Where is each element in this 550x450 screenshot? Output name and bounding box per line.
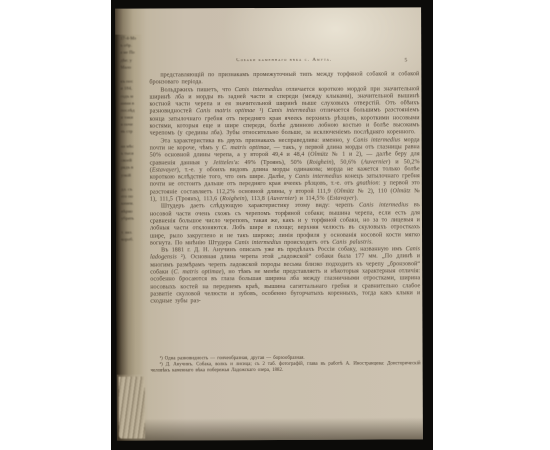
left-page-text-fragment: на мѣс	[116, 142, 143, 149]
body-text: представляющій по признакамъ промежуточн…	[149, 71, 420, 306]
stacked-page-edges	[119, 377, 145, 439]
left-page-text-fragment: Мало	[115, 63, 142, 70]
left-page-text-fragment: короб.	[116, 236, 143, 243]
paragraph: Въ 1881 г. Д. Н. Анучинъ описалъ уже въ …	[150, 246, 420, 306]
left-page-sliver: 17-4-Мзъ обр.а не Подѣе; уМало къ поси 1…	[115, 35, 143, 375]
page-content: Собаки каменнаго вѣка с. Амута. 5 предст…	[149, 7, 421, 440]
left-page-text-fragment: 17-4-Мз	[115, 35, 142, 42]
screenshot-root: 17-4-Мзъ обр.а не Подѣе; уМало къ поси 1…	[0, 0, 550, 450]
running-header: Собаки каменнаго вѣка с. Амута. 5	[149, 57, 419, 68]
book-photo: 17-4-Мзъ обр.а не Подѣе; уМало къ поси 1…	[111, 0, 433, 450]
left-page-text-fragment: убрать	[116, 214, 143, 221]
left-page-text-fragment: т. наз.	[116, 229, 143, 236]
left-page-text-fragment	[116, 221, 143, 228]
left-page-text-fragment: ними в	[115, 99, 142, 106]
left-page-text-fragment: послѣд	[115, 106, 142, 113]
left-page-text-fragment: узкій	[116, 171, 143, 178]
left-page-text-fragment: и таки	[116, 114, 143, 121]
book-page: 17-4-Мзъ обр.а не Подѣе; уМало къ поси 1…	[115, 7, 423, 440]
footnotes: ¹) Одна разновидность — гончеобразная, д…	[151, 355, 421, 374]
paragraph: Штудеръ даетъ слѣдующую характеристику э…	[150, 203, 420, 248]
paragraph: Эта характеристика въ двухъ признакахъ н…	[150, 137, 420, 204]
left-page-text-fragment	[116, 178, 143, 185]
left-page-text-fragment: годъ м	[115, 92, 142, 99]
left-page-text-fragment: я поче	[116, 121, 143, 128]
left-page-text-fragment: его по	[116, 193, 143, 200]
page-number: 5	[405, 57, 408, 63]
left-page-text-fragment: ъ обр.	[115, 42, 142, 49]
left-page-text-fragment	[116, 135, 143, 142]
left-page-text-fragment	[115, 70, 142, 77]
left-page-text-fragment: ъ тыся	[116, 150, 143, 157]
left-page-text-fragment: въ стр	[116, 128, 143, 135]
left-page-text-fragment: а не По	[115, 49, 142, 56]
left-page-text-fragment: своей	[116, 157, 143, 164]
left-page-text-fragment: камен.	[116, 200, 143, 207]
paragraph: представляющій по признакамъ промежуточн…	[149, 71, 419, 87]
left-page-text-fragment: дѣе; у	[115, 56, 142, 63]
left-page-text-fragment: вѣрно	[116, 207, 143, 214]
left-page-text-fragment: рядъ в	[116, 164, 143, 171]
paragraph: Вольдржихъ пишетъ, что Canis intermedius…	[149, 86, 419, 138]
footnote: ²) Д. Анучинъ. Собака, волкъ и лисица; с…	[151, 361, 421, 374]
left-page-text-fragment: и 184,	[115, 85, 142, 92]
running-title: Собаки каменнаго вѣка с. Амута.	[149, 57, 419, 63]
left-page-text-fragment: къ пос	[115, 78, 142, 85]
left-page-text-fragment: дл. съ	[116, 185, 143, 192]
